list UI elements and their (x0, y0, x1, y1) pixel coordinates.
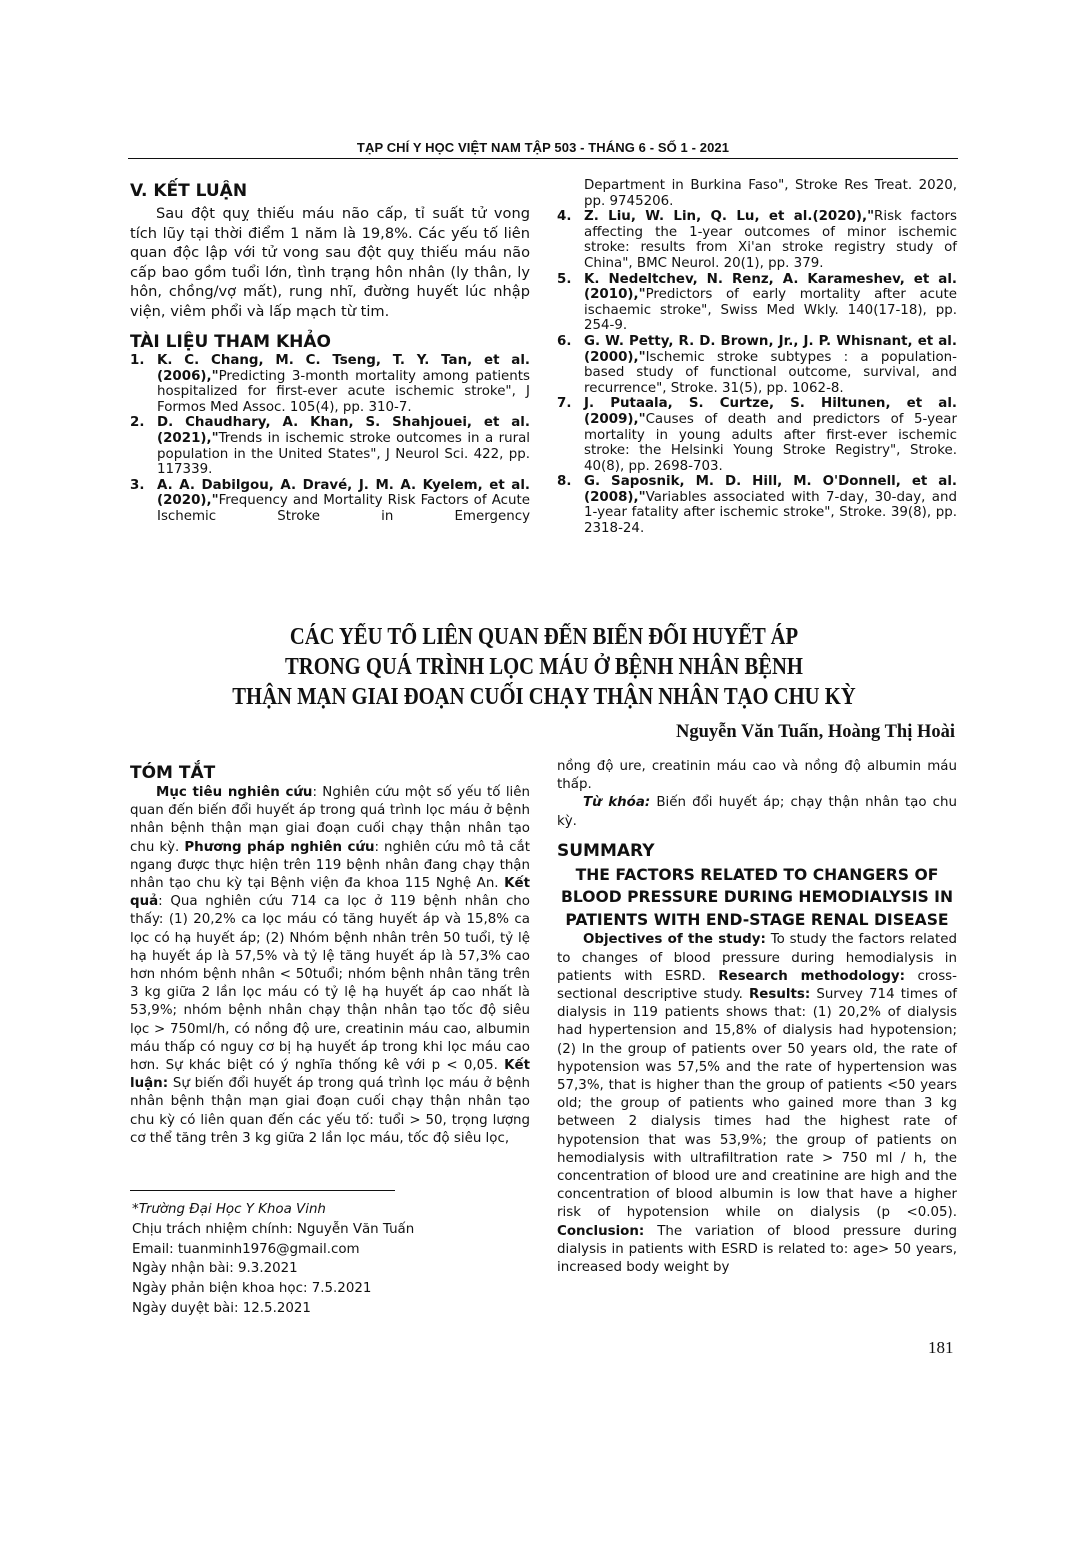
reference-item: 5. K. Nedeltchev, N. Renz, A. Karameshev… (557, 272, 957, 334)
abstract-continued-and-summary: nồng độ ure, creatinin máu cao và nồng đ… (557, 758, 957, 1277)
reference-number (557, 178, 584, 209)
reference-authors: Z. Liu, W. Lin, Q. Lu, et al.(2020)," (584, 209, 874, 224)
email: Email: tuanminh1976@gmail.com (132, 1240, 414, 1260)
running-header: TẠP CHÍ Y HỌC VIỆT NAM TẬP 503 - THÁNG 6… (128, 140, 958, 155)
summary-heading: SUMMARY (557, 840, 957, 862)
reference-number: 3. (130, 478, 157, 525)
abstract-heading: TÓM TẮT (130, 762, 530, 784)
reference-number: 1. (130, 353, 157, 415)
reference-number: 5. (557, 272, 584, 334)
reference-number: 2. (130, 415, 157, 477)
results-label-en: Results: (749, 987, 810, 1002)
reference-item: 7. J. Putaala, S. Curtze, S. Hiltunen, e… (557, 396, 957, 474)
reference-item: 4. Z. Liu, W. Lin, Q. Lu, et al.(2020),"… (557, 209, 957, 271)
journal-page: TẠP CHÍ Y HỌC VIỆT NAM TẬP 503 - THÁNG 6… (0, 0, 1090, 1541)
reference-item: 3. A. A. Dabilgou, A. Dravé, J. M. A. Ky… (130, 478, 530, 525)
conclusion-label-en: Conclusion: (557, 1224, 644, 1239)
method-label: Phương pháp nghiên cứu (184, 840, 374, 855)
article-title: CÁC YẾU TỐ LIÊN QUAN ĐẾN BIẾN ĐỔI HUYẾT … (188, 622, 900, 712)
review-date: Ngày phản biện khoa học: 7.5.2021 (132, 1279, 414, 1299)
abstract-vi-continued: nồng độ ure, creatinin máu cao và nồng đ… (557, 758, 957, 794)
left-column-top: V. KẾT LUẬN Sau đột quỵ thiếu máu não cấ… (130, 180, 530, 525)
conclusion-heading: V. KẾT LUẬN (130, 180, 530, 202)
objective-label: Mục tiêu nghiên cứu (156, 785, 312, 800)
reference-item-continued: Department in Burkina Faso", Stroke Res … (557, 178, 957, 209)
corresponding-author: Chịu trách nhiệm chính: Nguyễn Văn Tuấn (132, 1220, 414, 1240)
page-number: 181 (928, 1338, 954, 1358)
abstract-vietnamese: TÓM TẮT Mục tiêu nghiên cứu: Nghiên cứu … (130, 762, 530, 1148)
method-label-en: Research methodology: (718, 969, 905, 984)
reference-number: 8. (557, 474, 584, 536)
reference-item: 8. G. Saposnik, M. D. Hill, M. O'Donnell… (557, 474, 957, 536)
results-text-en: Survey 714 times of dialysis in 119 pati… (557, 987, 957, 1220)
objective-label-en: Objectives of the study: (583, 932, 766, 947)
article-title-line: THẬN MẠN GIAI ĐOẠN CUỐI CHẠY THẬN NHÂN T… (188, 682, 900, 712)
references-heading: TÀI LIỆU THAM KHẢO (130, 331, 530, 353)
summary-title: THE FACTORS RELATED TO CHANGERS OF BLOOD… (557, 864, 957, 932)
article-title-line: CÁC YẾU TỐ LIÊN QUAN ĐẾN BIẾN ĐỔI HUYẾT … (188, 622, 900, 652)
article-authors: Nguyễn Văn Tuấn, Hoàng Thị Hoài (676, 722, 955, 743)
conclusion-text: Sau đột quỵ thiếu máu não cấp, tỉ suất t… (130, 204, 530, 321)
header-rule (128, 158, 958, 159)
received-date: Ngày nhận bài: 9.3.2021 (132, 1259, 414, 1279)
keywords: Từ khóa: Biến đổi huyết áp; chạy thận nh… (557, 794, 957, 830)
reference-item: 6. G. W. Petty, R. D. Brown, Jr., J. P. … (557, 334, 957, 396)
reference-number: 6. (557, 334, 584, 396)
conclusion-text-vi-part1: Sự biến đổi huyết áp trong quá trình lọc… (130, 1076, 530, 1146)
reference-number: 7. (557, 396, 584, 474)
footnote-rule (130, 1190, 395, 1191)
accepted-date: Ngày duyệt bài: 12.5.2021 (132, 1299, 414, 1319)
keywords-label: Từ khóa: (583, 795, 650, 810)
abstract-vi-body: Mục tiêu nghiên cứu: Nghiên cứu một số y… (130, 784, 530, 1148)
results-text: : Qua nghiên cứu 714 ca lọc ở 119 bệnh n… (130, 894, 530, 1073)
affiliation: *Trường Đại Học Y Khoa Vinh (132, 1200, 414, 1220)
reference-number: 4. (557, 209, 584, 271)
reference-item: 1. K. C. Chang, M. C. Tseng, T. Y. Tan, … (130, 353, 530, 415)
reference-item: 2. D. Chaudhary, A. Khan, S. Shahjouei, … (130, 415, 530, 477)
reference-text: Department in Burkina Faso", Stroke Res … (584, 178, 957, 209)
footnote: *Trường Đại Học Y Khoa Vinh Chịu trách n… (132, 1200, 414, 1319)
references-list-left: 1. K. C. Chang, M. C. Tseng, T. Y. Tan, … (130, 353, 530, 525)
abstract-en-body: Objectives of the study: To study the fa… (557, 931, 957, 1277)
right-column-top: Department in Burkina Faso", Stroke Res … (557, 178, 957, 537)
article-title-line: TRONG QUÁ TRÌNH LỌC MÁU Ở BỆNH NHÂN BỆNH (188, 652, 900, 682)
